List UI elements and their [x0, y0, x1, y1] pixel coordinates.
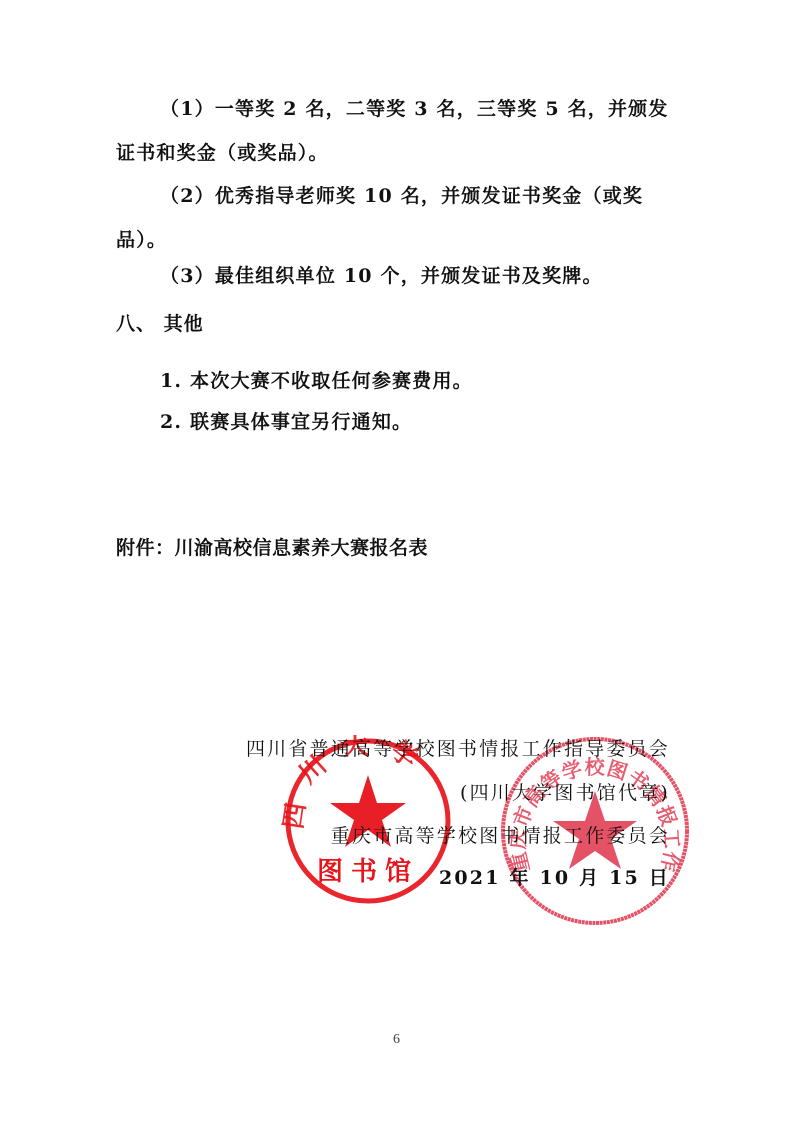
stamp-left-bottom-text: 图书馆 [317, 856, 419, 887]
signature-org-2: 重庆市高等学校图书情报工作委员会 [331, 827, 670, 846]
attachment-label: 附件：川渝高校信息素养大赛报名表 [116, 539, 428, 558]
signature-org-1: 四川省普通高等学校图书情报工作指导委员会 [246, 740, 670, 759]
signature-date: 2021 年 10 月 15 日 [439, 869, 670, 888]
other-item-2: 2. 联赛具体事宜另行通知。 [160, 413, 412, 432]
award-item-2-line-1: （2）优秀指导老师奖 10 名，并颁发证书奖金（或奖 [160, 187, 643, 206]
library-seal-stamp: 四川大学 图书馆 [280, 735, 460, 910]
other-item-1: 1. 本次大赛不收取任何参赛费用。 [160, 372, 473, 391]
section-heading-other: 八、 其他 [116, 315, 204, 334]
award-item-1-line-1: （1）一等奖 2 名，二等奖 3 名，三等奖 5 名，并颁发 [160, 100, 669, 119]
award-item-3: （3）最佳组织单位 10 个，并颁发证书及奖牌。 [160, 267, 603, 286]
document-page: （1）一等奖 2 名，二等奖 3 名，三等奖 5 名，并颁发 证书和奖金（或奖品… [0, 0, 793, 1122]
award-item-2-line-2: 品）。 [116, 231, 167, 250]
award-item-1-line-2: 证书和奖金（或奖品）。 [116, 144, 329, 163]
page-number: 6 [0, 1032, 793, 1048]
signature-org-1-note: (四川大学图书馆代章) [460, 784, 670, 803]
